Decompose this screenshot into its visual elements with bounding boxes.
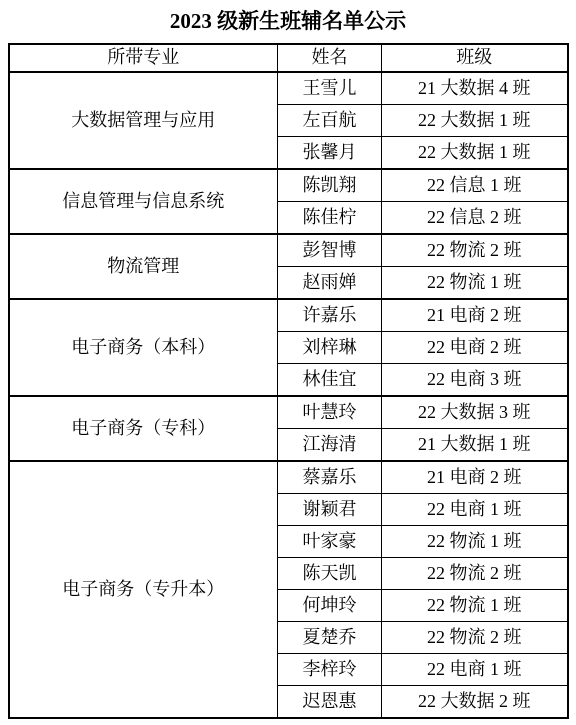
class-cell: 22 物流 2 班 — [382, 558, 568, 590]
class-cell: 22 物流 1 班 — [382, 267, 568, 300]
major-cell: 电子商务（专升本） — [9, 461, 278, 718]
class-cell: 22 大数据 1 班 — [382, 105, 568, 137]
name-cell: 陈佳柠 — [278, 202, 382, 235]
name-cell: 左百航 — [278, 105, 382, 137]
table-row: 信息管理与信息系统 陈凯翔 22 信息 1 班 — [9, 169, 568, 202]
major-cell: 大数据管理与应用 — [9, 72, 278, 169]
name-cell: 张馨月 — [278, 137, 382, 170]
class-cell: 22 电商 1 班 — [382, 654, 568, 686]
class-cell: 21 大数据 4 班 — [382, 72, 568, 105]
class-cell: 22 电商 3 班 — [382, 364, 568, 397]
name-cell: 许嘉乐 — [278, 299, 382, 332]
name-cell: 赵雨婵 — [278, 267, 382, 300]
table-row: 电子商务（本科） 许嘉乐 21 电商 2 班 — [9, 299, 568, 332]
class-cell: 22 信息 1 班 — [382, 169, 568, 202]
class-cell: 22 物流 1 班 — [382, 526, 568, 558]
name-cell: 何坤玲 — [278, 590, 382, 622]
class-cell: 21 大数据 1 班 — [382, 429, 568, 462]
column-header-name: 姓名 — [278, 44, 382, 72]
table-row: 大数据管理与应用 王雪儿 21 大数据 4 班 — [9, 72, 568, 105]
table-row: 电子商务（专升本） 蔡嘉乐 21 电商 2 班 — [9, 461, 568, 494]
name-cell: 夏楚乔 — [278, 622, 382, 654]
class-cell: 22 信息 2 班 — [382, 202, 568, 235]
major-cell: 电子商务（本科） — [9, 299, 278, 396]
major-cell: 信息管理与信息系统 — [9, 169, 278, 234]
table-row: 电子商务（专科） 叶慧玲 22 大数据 3 班 — [9, 396, 568, 429]
name-cell: 蔡嘉乐 — [278, 461, 382, 494]
name-cell: 王雪儿 — [278, 72, 382, 105]
table-row: 物流管理 彭智博 22 物流 2 班 — [9, 234, 568, 267]
name-cell: 彭智博 — [278, 234, 382, 267]
class-cell: 22 物流 2 班 — [382, 622, 568, 654]
class-cell: 22 电商 2 班 — [382, 332, 568, 364]
name-cell: 迟恩惠 — [278, 686, 382, 719]
name-cell: 陈天凯 — [278, 558, 382, 590]
major-cell: 电子商务（专科） — [9, 396, 278, 461]
class-cell: 21 电商 2 班 — [382, 461, 568, 494]
class-cell: 22 大数据 3 班 — [382, 396, 568, 429]
class-cell: 22 大数据 1 班 — [382, 137, 568, 170]
name-cell: 林佳宜 — [278, 364, 382, 397]
name-cell: 陈凯翔 — [278, 169, 382, 202]
roster-table: 所带专业 姓名 班级 大数据管理与应用 王雪儿 21 大数据 4 班 左百航 2… — [8, 43, 569, 719]
page-title: 2023 级新生班辅名单公示 — [0, 6, 576, 36]
name-cell: 谢颖君 — [278, 494, 382, 526]
class-cell: 21 电商 2 班 — [382, 299, 568, 332]
column-header-class: 班级 — [382, 44, 568, 72]
header-row: 所带专业 姓名 班级 — [9, 44, 568, 72]
major-cell: 物流管理 — [9, 234, 278, 299]
class-cell: 22 电商 1 班 — [382, 494, 568, 526]
name-cell: 江海清 — [278, 429, 382, 462]
class-cell: 22 物流 2 班 — [382, 234, 568, 267]
class-cell: 22 物流 1 班 — [382, 590, 568, 622]
name-cell: 刘梓琳 — [278, 332, 382, 364]
name-cell: 叶慧玲 — [278, 396, 382, 429]
column-header-major: 所带专业 — [9, 44, 278, 72]
class-cell: 22 大数据 2 班 — [382, 686, 568, 719]
name-cell: 李梓玲 — [278, 654, 382, 686]
name-cell: 叶家豪 — [278, 526, 382, 558]
